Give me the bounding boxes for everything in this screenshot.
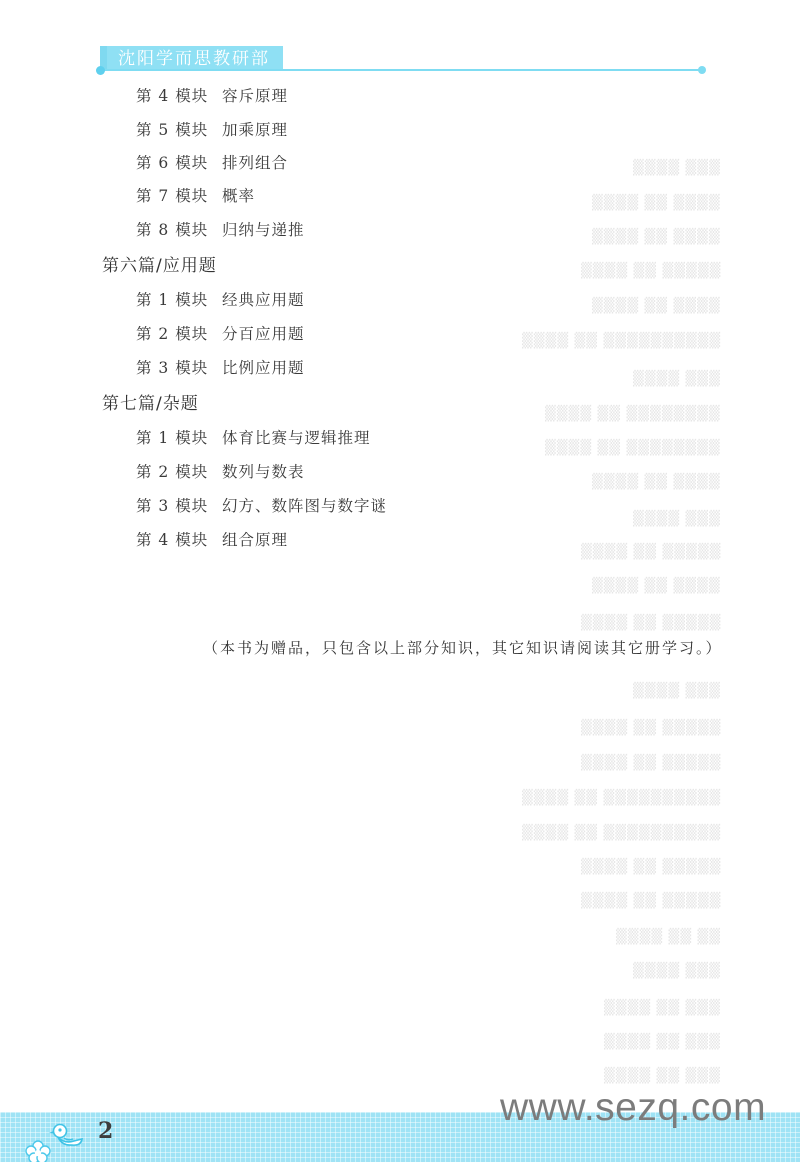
toc-entry: 第 2 模块数列与数表 <box>136 462 305 482</box>
ghost-text: ▒▒▒▒▒▒▒▒▒▒ ▒▒ ▒▒▒▒ <box>521 790 720 806</box>
header-rule-dot-right <box>698 66 706 74</box>
header-rule <box>102 69 702 71</box>
watermark-text: www.sezq.com <box>500 1086 766 1130</box>
toc-entry: 第 1 模块体育比赛与逻辑推理 <box>136 428 371 448</box>
ghost-text: ▒▒▒▒ ▒▒ ▒▒▒▒ <box>591 229 720 245</box>
flower-icon <box>24 1140 52 1162</box>
ghost-text: ▒▒▒▒ ▒▒ ▒▒▒▒ <box>591 195 720 211</box>
module-number: 第 1 模块 <box>136 428 222 448</box>
ghost-text: ▒▒▒▒▒ ▒▒ ▒▒▒▒ <box>580 720 720 736</box>
module-title: 幻方、数阵图与数字谜 <box>222 497 387 515</box>
module-title: 经典应用题 <box>222 291 305 309</box>
module-title: 比例应用题 <box>222 359 305 377</box>
module-number: 第 5 模块 <box>136 120 222 140</box>
toc-entry: 第 4 模块组合原理 <box>136 530 288 550</box>
module-number: 第 4 模块 <box>136 86 222 106</box>
toc-entry: 第 6 模块排列组合 <box>136 153 288 173</box>
ghost-text: ▒▒▒ ▒▒▒▒ <box>632 511 720 527</box>
module-number: 第 2 模块 <box>136 324 222 344</box>
module-title: 归纳与递推 <box>222 221 305 239</box>
module-title: 容斥原理 <box>222 87 288 105</box>
module-title: 加乘原理 <box>222 121 288 139</box>
ghost-text: ▒▒▒ ▒▒▒▒ <box>632 371 720 387</box>
ghost-text: ▒▒▒ ▒▒▒▒ <box>632 963 720 979</box>
ghost-text: ▒▒▒▒▒▒▒▒▒▒ ▒▒ ▒▒▒▒ <box>521 825 720 841</box>
page-number: 2 <box>98 1118 113 1144</box>
header-rule-dot-left <box>96 66 105 75</box>
module-number: 第 3 模块 <box>136 358 222 378</box>
bird-icon <box>48 1122 84 1148</box>
module-title: 体育比赛与逻辑推理 <box>222 429 371 447</box>
ghost-text: ▒▒▒▒▒▒▒▒▒▒ ▒▒ ▒▒▒▒ <box>521 333 720 349</box>
ghost-text: ▒▒▒ ▒▒▒▒ <box>632 160 720 176</box>
module-number: 第 1 模块 <box>136 290 222 310</box>
toc-entry: 第 7 模块概率 <box>136 186 255 206</box>
module-title: 组合原理 <box>222 531 288 549</box>
ghost-text: ▒▒▒▒▒ ▒▒ ▒▒▒▒ <box>580 615 720 631</box>
ghost-text: ▒▒▒▒ ▒▒ ▒▒▒▒ <box>591 474 720 490</box>
part-title: 第七篇/杂题 <box>102 393 199 415</box>
module-number: 第 2 模块 <box>136 462 222 482</box>
module-number: 第 4 模块 <box>136 530 222 550</box>
ghost-text: ▒▒ ▒▒ ▒▒▒▒ <box>615 929 720 945</box>
ghost-text: ▒▒▒▒▒ ▒▒ ▒▒▒▒ <box>580 263 720 279</box>
module-title: 数列与数表 <box>222 463 305 481</box>
toc-entry: 第 8 模块归纳与递推 <box>136 220 305 240</box>
ghost-text: ▒▒▒▒ ▒▒ ▒▒▒▒ <box>591 298 720 314</box>
module-number: 第 3 模块 <box>136 496 222 516</box>
header-title: 沈阳学而思教研部 <box>118 47 270 71</box>
toc-entry: 第 4 模块容斥原理 <box>136 86 288 106</box>
ghost-text: ▒▒▒▒▒ ▒▒ ▒▒▒▒ <box>580 859 720 875</box>
ghost-text: ▒▒▒▒▒ ▒▒ ▒▒▒▒ <box>580 755 720 771</box>
module-number: 第 8 模块 <box>136 220 222 240</box>
module-title: 排列组合 <box>222 154 288 172</box>
ghost-text: ▒▒▒▒ ▒▒ ▒▒▒▒ <box>591 578 720 594</box>
toc-entry: 第 1 模块经典应用题 <box>136 290 305 310</box>
toc-entry: 第 5 模块加乘原理 <box>136 120 288 140</box>
ghost-text: ▒▒▒ ▒▒ ▒▒▒▒ <box>603 1068 720 1084</box>
module-title: 分百应用题 <box>222 325 305 343</box>
gift-note: （本书为赠品，只包含以上部分知识，其它知识请阅读其它册学习。） <box>203 638 723 658</box>
part-title: 第六篇/应用题 <box>102 255 217 277</box>
ghost-text: ▒▒▒ ▒▒ ▒▒▒▒ <box>603 1000 720 1016</box>
module-number: 第 6 模块 <box>136 153 222 173</box>
ghost-text: ▒▒▒▒▒▒▒▒ ▒▒ ▒▒▒▒ <box>544 440 720 456</box>
toc-entry: 第 3 模块幻方、数阵图与数字谜 <box>136 496 387 516</box>
module-number: 第 7 模块 <box>136 186 222 206</box>
ghost-text: ▒▒▒▒▒ ▒▒ ▒▒▒▒ <box>580 544 720 560</box>
ghost-text: ▒▒▒▒▒▒▒▒ ▒▒ ▒▒▒▒ <box>544 406 720 422</box>
toc-entry: 第 3 模块比例应用题 <box>136 358 305 378</box>
ghost-text: ▒▒▒ ▒▒ ▒▒▒▒ <box>603 1034 720 1050</box>
ghost-text: ▒▒▒▒▒ ▒▒ ▒▒▒▒ <box>580 893 720 909</box>
toc-entry: 第 2 模块分百应用题 <box>136 324 305 344</box>
module-title: 概率 <box>222 187 255 205</box>
ghost-text: ▒▒▒ ▒▒▒▒ <box>632 683 720 699</box>
